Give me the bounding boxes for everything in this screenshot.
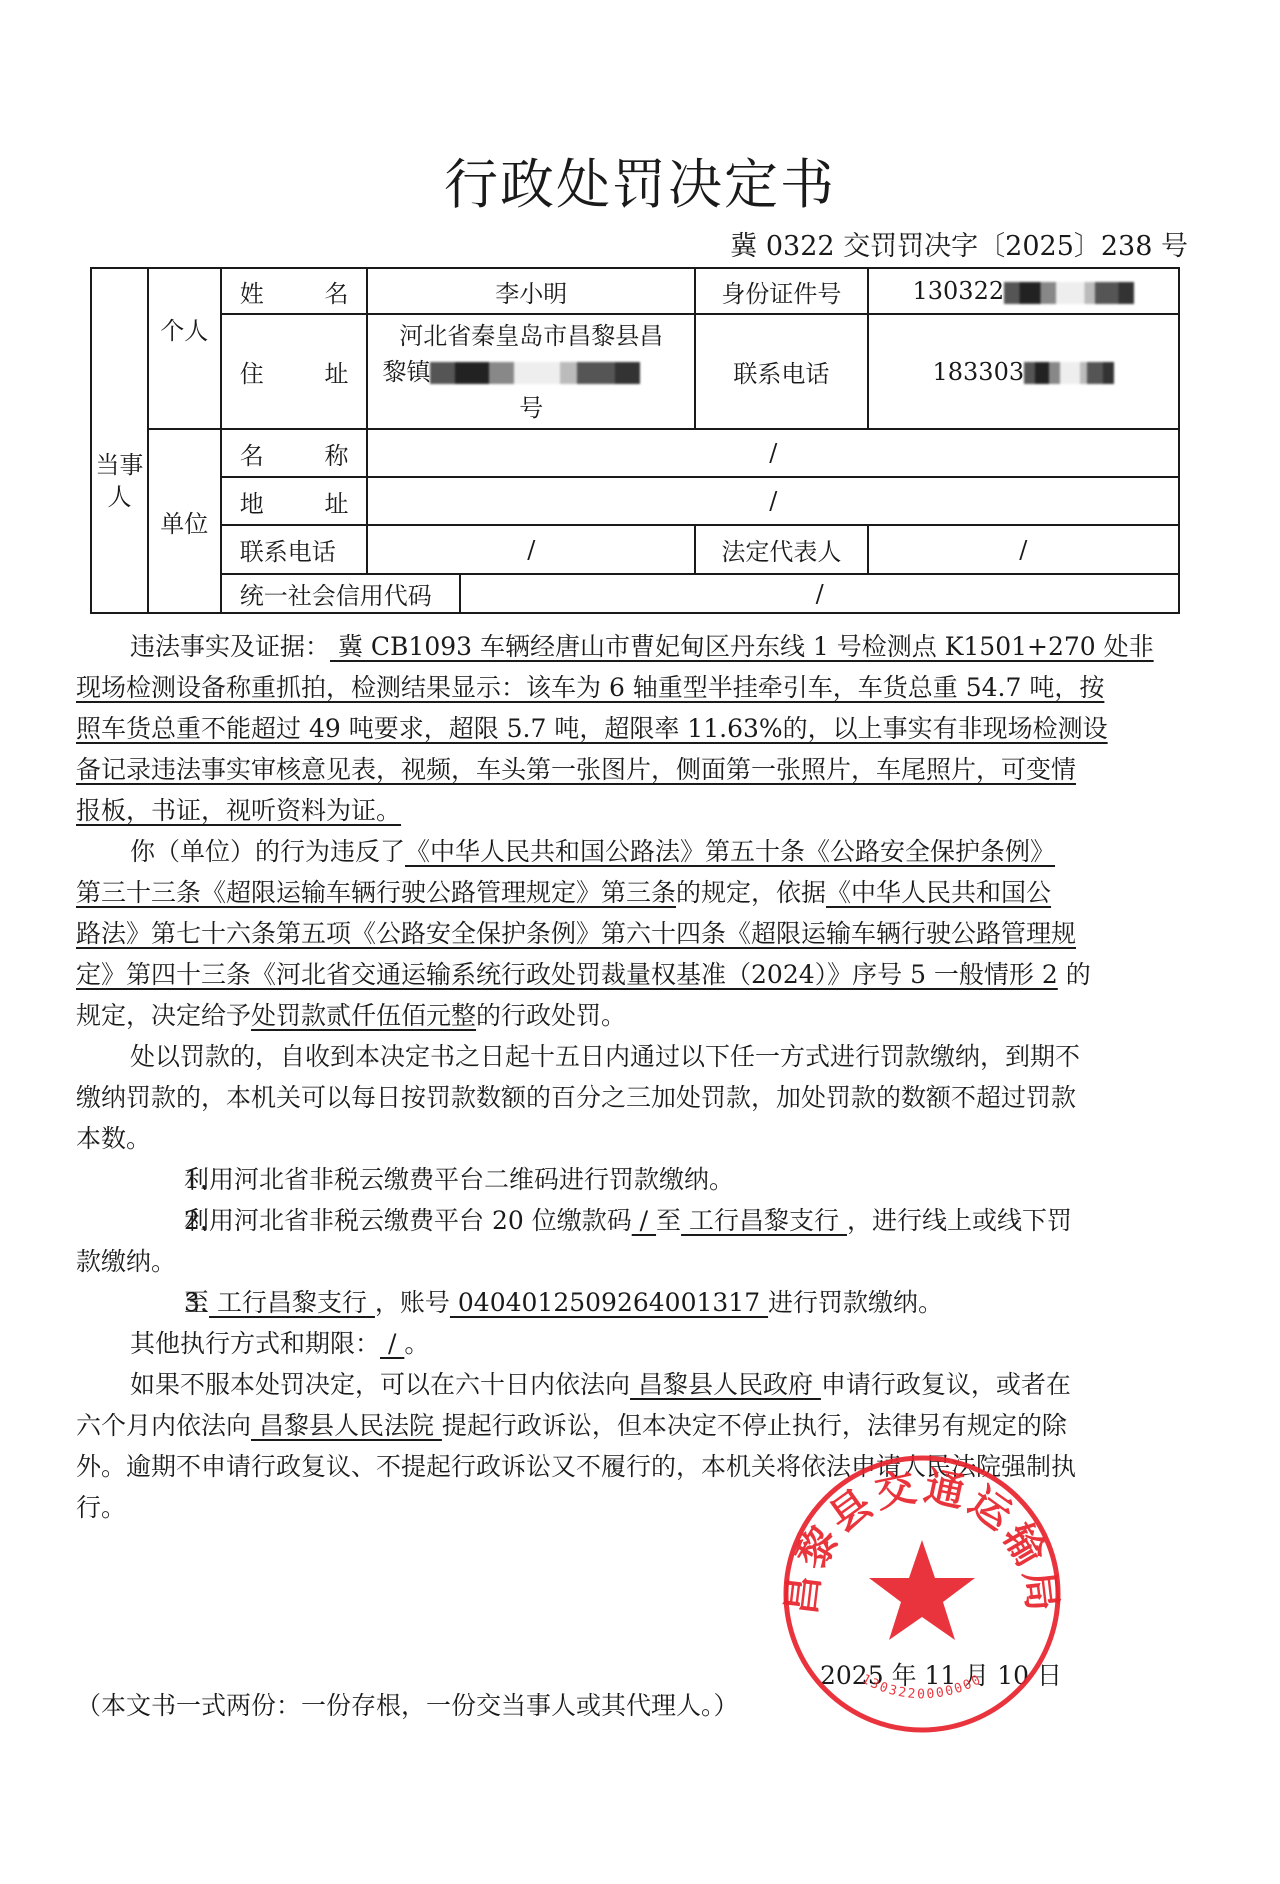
payment-method-2: 2.利用河北省非税云缴费平台 20 位缴款码 / 至 工行昌黎支行 ，进行线上或… [76,1200,1186,1241]
individual-section-label: 个人 [148,268,221,429]
party-label: 当事人 [91,268,148,613]
unit-name-value: / [367,429,1179,477]
violation-section: 你（单位）的行为违反了《中华人民共和国公路法》第五十条《公路安全保护条例》 第三… [76,831,1186,1036]
court: 昌黎县人民法院 [251,1411,442,1440]
bank-account: 0404012509264001317 [450,1288,768,1317]
id-label: 身份证件号 [695,268,867,314]
name-value: 李小明 [367,268,695,314]
unit-section-label: 单位 [148,429,221,613]
payment-method-1: 1.利用河北省非税云缴费平台二维码进行罚款缴纳。 [76,1159,1186,1200]
redaction-mask [430,362,640,384]
payment-section: 处以罚款的，自收到本决定书之日起十五日内通过以下任一方式进行罚款缴纳，到期不 缴… [76,1036,1186,1364]
party-info-table: 当事人 个人 姓名 李小明 身份证件号 130322 住址 河北省秦皇岛市昌黎县… [90,267,1180,614]
svg-text:1303220000000: 1303220000000 [859,1672,985,1703]
footer-note: （本文书一式两份：一份存根，一份交当事人或其代理人。） [76,1686,739,1722]
address-value: 河北省秦皇岛市昌黎县昌 黎镇 号 [367,314,695,429]
unit-address-value: / [367,477,1179,525]
payment-method-3: 3.至 工行昌黎支行 ，账号 0404012509264001317 进行罚款缴… [76,1282,1186,1323]
credit-code-label: 统一社会信用代码 [221,574,461,613]
unit-phone-label: 联系电话 [221,525,368,574]
unit-phone-value: / [367,525,695,574]
official-seal-icon: 昌黎县交通运输局 1303220000000 [780,1452,1064,1736]
redaction-mask [1024,362,1114,384]
facts-label: 违法事实及证据： [130,632,330,661]
id-value: 130322 [868,268,1179,314]
facts-text: 照车货总重不能超过 49 吨要求，超限 5.7 吨，超限率 11.63%的，以上… [76,708,1186,749]
facts-text: 现场检测设备称重抓拍，检测结果显示：该车为 6 轴重型半挂牵引车，车货总重 54… [76,667,1186,708]
credit-code-value: / [460,574,1179,613]
review-body: 昌黎县人民政府 [630,1370,821,1399]
unit-name-label: 名称 [221,429,368,477]
phone-label: 联系电话 [695,314,867,429]
name-label: 姓名 [221,268,368,314]
address-label: 住址 [221,314,368,429]
violated-law: 第三十三条《超限运输车辆行驶公路管理规定》第三条 [76,878,676,907]
legal-basis: 《中华人民共和国公 [826,878,1051,907]
legal-rep-value: / [868,525,1179,574]
facts-text: 备记录违法事实审核意见表，视频，车头第一张图片，侧面第一张照片，车尾照片，可变情 [76,749,1186,790]
other-execution: 其他执行方式和期限： / 。 [76,1323,1186,1364]
facts-text: 报板，书证，视听资料为证。 [76,796,401,825]
seal-serial: 1303220000000 [859,1672,985,1703]
legal-basis: 定》第四十三条《河北省交通运输系统行政处罚裁量权基准（2024）》序号 5 一般… [76,960,1058,989]
phone-value: 183303 [868,314,1179,429]
document-title: 行政处罚决定书 [0,142,1280,219]
legal-basis: 路法》第七十六条第五项《公路安全保护条例》第六十四条《超限运输车辆行驶公路管理规 [76,913,1186,954]
violated-law: 《中华人民共和国公路法》第五十条《公路安全保护条例》 [405,837,1055,866]
penalty-amount: 处罚款贰仟伍佰元整 [251,1001,476,1030]
document-number: 冀 0322 交罚罚决字〔2025〕238 号 [730,224,1188,263]
facts-text: 冀 CB1093 车辆经唐山市曹妃甸区丹东线 1 号检测点 K1501+270 … [330,632,1154,661]
redaction-mask [1004,282,1134,304]
legal-rep-label: 法定代表人 [695,525,867,574]
facts-section: 违法事实及证据： 冀 CB1093 车辆经唐山市曹妃甸区丹东线 1 号检测点 K… [76,626,1186,831]
unit-address-label: 地址 [221,477,368,525]
